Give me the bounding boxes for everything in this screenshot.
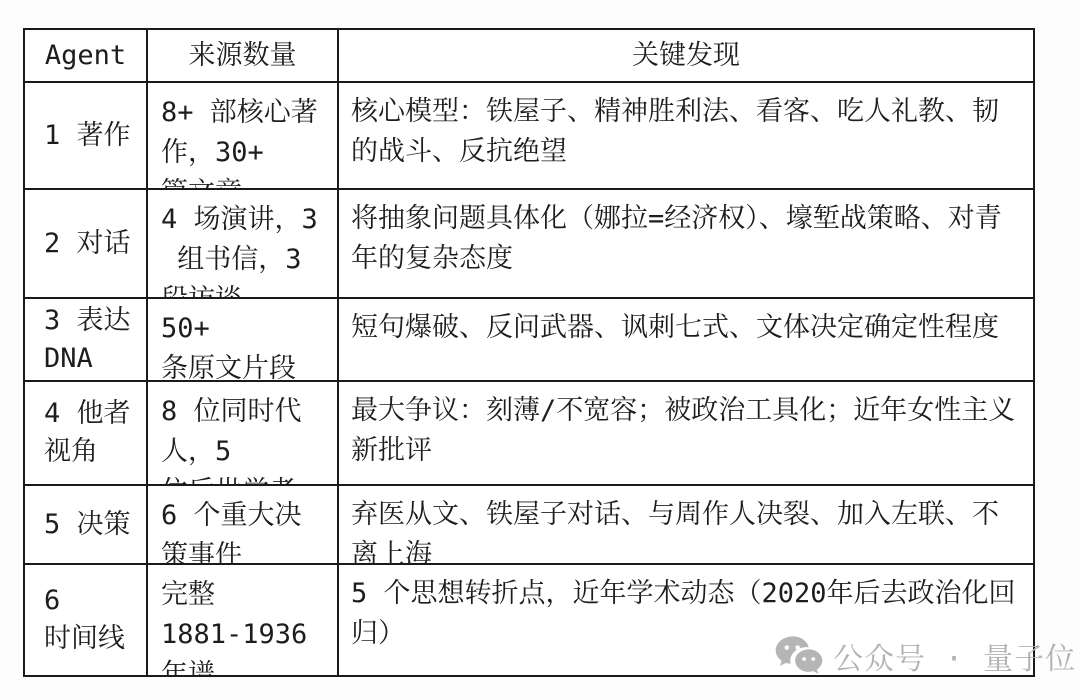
sources-cell-row5: 6 个重大决 策事件 — [148, 486, 339, 565]
watermark-text: 公众号 · 量子位 — [833, 634, 1076, 678]
agents-summary-table: Agent 来源数量 关键发现 1 著作 8+ 部核心著 作，30+ 篇文章 核… — [23, 28, 1035, 677]
agent-cell-row2: 2 对话 — [25, 190, 148, 299]
findings-cell-row2: 将抽象问题具体化（娜拉=经济权）、壕堑战策略、对青 年的复杂态度 — [339, 190, 1033, 299]
sources-cell-row2: 4 场演讲，3 组书信，3 段访谈 — [148, 190, 339, 299]
agent-cell-row5: 5 决策 — [25, 486, 148, 565]
agent-cell-row1: 1 著作 — [25, 83, 148, 190]
column-header-findings: 关键发现 — [339, 30, 1033, 83]
findings-cell-row5: 弃医从文、铁屋子对话、与周作人决裂、加入左联、不 离上海 — [339, 486, 1033, 565]
sources-cell-row1: 8+ 部核心著 作，30+ 篇文章 — [148, 83, 339, 190]
sources-cell-row3: 50+ 条原文片段 — [148, 299, 339, 382]
agent-cell-row6: 6 时间线 — [25, 565, 148, 675]
agent-cell-row3: 3 表达 DNA — [25, 299, 148, 382]
watermark: 公众号 · 量子位 — [774, 632, 1076, 680]
agent-cell-row4: 4 他者 视角 — [25, 382, 148, 486]
sources-cell-row4: 8 位同时代 人，5 位后世学者 — [148, 382, 339, 486]
sources-cell-row6: 完整 1881-1936 年谱 — [148, 565, 339, 675]
wechat-icon — [774, 635, 824, 677]
column-header-sources: 来源数量 — [148, 30, 339, 83]
findings-cell-row4: 最大争议：刻薄/不宽容；被政治工具化；近年女性主义 新批评 — [339, 382, 1033, 486]
findings-cell-row3: 短句爆破、反问武器、讽刺七式、文体决定确定性程度 — [339, 299, 1033, 382]
column-header-agent: Agent — [25, 30, 148, 83]
findings-cell-row1: 核心模型：铁屋子、精神胜利法、看客、吃人礼教、韧 的战斗、反抗绝望 — [339, 83, 1033, 190]
